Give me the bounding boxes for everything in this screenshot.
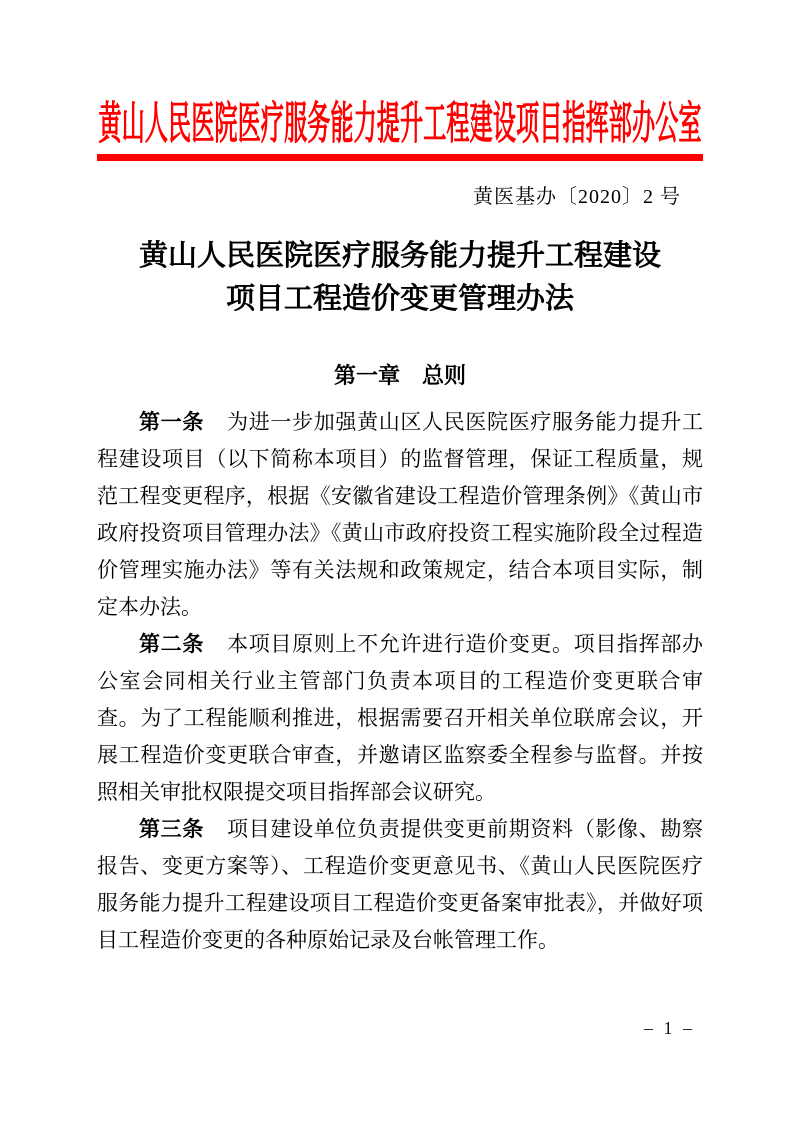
article-3-label: 第三条 xyxy=(139,818,204,841)
document-page: 黄山人民医院医疗服务能力提升工程建设项目指挥部办公室 黄医基办〔2020〕2 号… xyxy=(0,0,793,1122)
article-2-label: 第二条 xyxy=(139,633,204,656)
article-1-label: 第一条 xyxy=(139,411,204,434)
document-title: 黄山人民医院医疗服务能力提升工程建设 项目工程造价变更管理办法 xyxy=(97,235,703,321)
article-paragraph-1: 第一条为进一步加强黄山区人民医院医疗服务能力提升工程建设项目（以下简称本项目）的… xyxy=(97,404,703,626)
chapter-heading: 第一章 总则 xyxy=(97,361,703,391)
article-2-text: 本项目原则上不允许进行造价变更。项目指挥部办公室会同相关行业主管部门负责本项目的… xyxy=(97,632,703,804)
document-number: 黄医基办〔2020〕2 号 xyxy=(97,183,703,211)
document-title-line2: 项目工程造价变更管理办法 xyxy=(97,278,703,321)
article-paragraph-3: 第三条项目建设单位负责提供变更前期资料（影像、勘察报告、变更方案等）、工程造价变… xyxy=(97,811,703,959)
page-number: – 1 – xyxy=(644,1018,695,1039)
document-content: 黄山人民医院医疗服务能力提升工程建设项目指挥部办公室 黄医基办〔2020〕2 号… xyxy=(97,0,703,959)
document-body: 第一条为进一步加强黄山区人民医院医疗服务能力提升工程建设项目（以下简称本项目）的… xyxy=(97,404,703,959)
article-1-text: 为进一步加强黄山区人民医院医疗服务能力提升工程建设项目（以下简称本项目）的监督管… xyxy=(97,410,703,619)
article-paragraph-2: 第二条本项目原则上不允许进行造价变更。项目指挥部办公室会同相关行业主管部门负责本… xyxy=(97,626,703,811)
letterhead-office-name: 黄山人民医院医疗服务能力提升工程建设项目指挥部办公室 xyxy=(98,88,701,152)
letterhead: 黄山人民医院医疗服务能力提升工程建设项目指挥部办公室 xyxy=(97,94,703,146)
letterhead-divider xyxy=(97,154,703,161)
document-title-line1: 黄山人民医院医疗服务能力提升工程建设 xyxy=(97,235,703,278)
